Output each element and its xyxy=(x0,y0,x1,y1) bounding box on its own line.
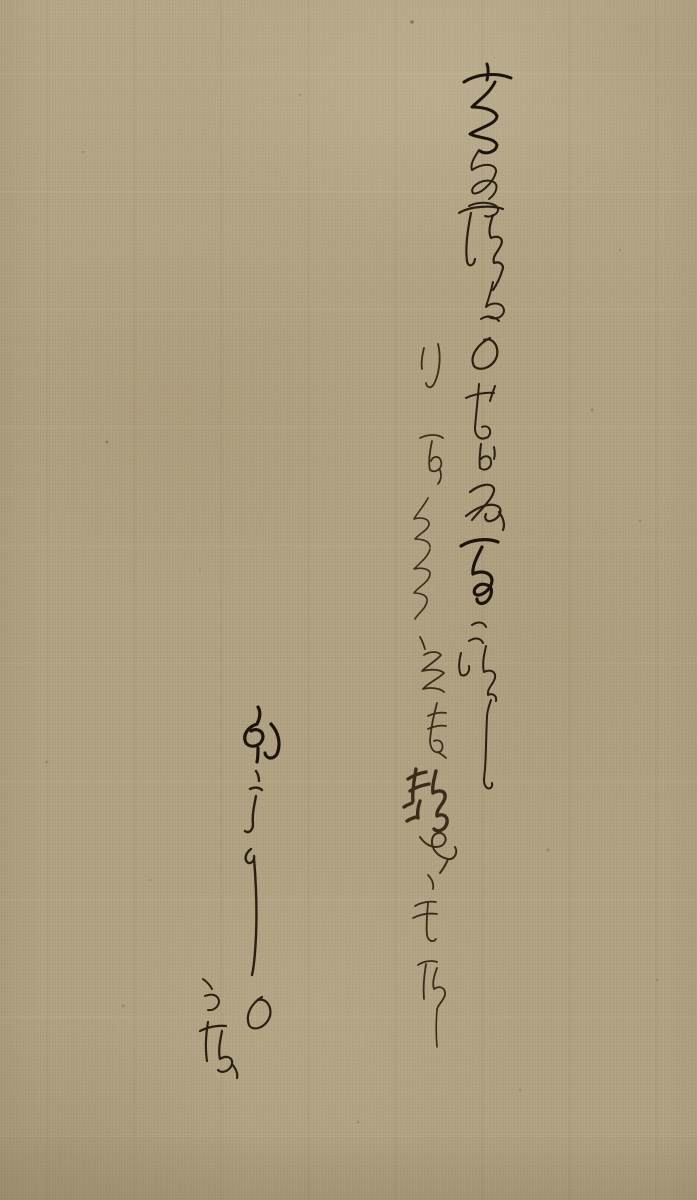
glyph-mi xyxy=(471,150,496,199)
glyph-te xyxy=(413,902,437,941)
signature-column xyxy=(200,707,279,1078)
glyph-re xyxy=(418,961,445,1010)
glyph-trailing-stroke xyxy=(484,700,492,788)
glyph-dark-cursive xyxy=(461,540,498,604)
glyph-o xyxy=(466,384,495,439)
speck xyxy=(656,979,659,982)
glyph-ri xyxy=(422,344,440,387)
glyph-mi2 xyxy=(466,485,504,530)
glyph-mu xyxy=(480,444,495,470)
speck xyxy=(121,1004,124,1007)
silk-specks xyxy=(46,20,659,1123)
glyph-hi xyxy=(420,833,456,873)
speck xyxy=(519,1089,522,1092)
speck xyxy=(357,1121,360,1124)
glyph-curl-lower xyxy=(414,549,430,619)
glyph-sig-nagare xyxy=(200,1022,237,1078)
speck xyxy=(106,441,109,444)
glyph-sig-shi xyxy=(246,849,257,975)
glyph-curl-upper xyxy=(414,498,430,547)
glyph-kanji-dark xyxy=(404,769,447,831)
speck xyxy=(619,249,622,252)
speck xyxy=(590,408,593,411)
glyph-sig-mu xyxy=(245,707,279,762)
glyph-haru xyxy=(464,64,511,153)
speck xyxy=(410,20,414,24)
calligraphy-scroll-photo xyxy=(0,0,697,1200)
glyph-sig-no xyxy=(248,997,271,1028)
glyph-no xyxy=(473,338,498,369)
speck xyxy=(199,569,201,571)
speck xyxy=(639,520,642,523)
poem-column-upper xyxy=(459,64,511,788)
glyph-sig-u xyxy=(203,979,219,1010)
glyph-connector-cursive xyxy=(459,623,496,701)
speck xyxy=(547,849,550,852)
glyph-e xyxy=(420,637,444,692)
speck xyxy=(46,761,49,764)
poem-column-lower xyxy=(404,344,456,1047)
glyph-final-vertical xyxy=(436,1010,437,1047)
glyph-mo xyxy=(428,703,446,758)
glyph-sig-ra xyxy=(245,771,262,832)
glyph-yo xyxy=(481,282,504,321)
glyph-yu xyxy=(420,435,443,484)
glyph-tall-cursive xyxy=(459,207,503,290)
speck xyxy=(149,879,151,881)
speck xyxy=(299,94,302,97)
glyph-comma xyxy=(428,875,433,889)
speck xyxy=(82,151,85,154)
ink-layer xyxy=(0,0,697,1200)
